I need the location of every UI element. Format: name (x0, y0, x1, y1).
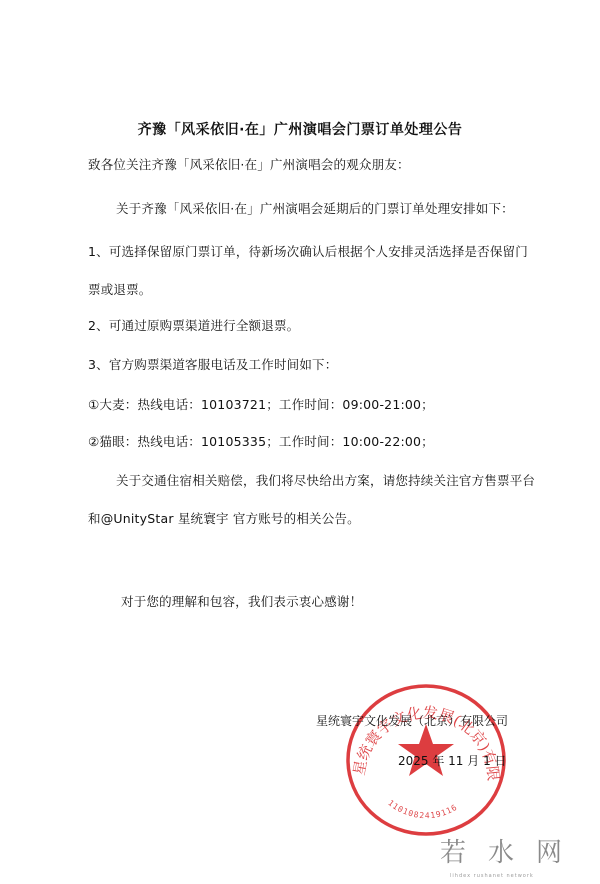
item-1-line-2: 票或退票。 (88, 282, 152, 298)
item-3: 3、官方购票渠道客服电话及工作时间如下： (88, 357, 337, 373)
channel-maoyan: ②猫眼：热线电话：10105335；工作时间：10:00-22:00； (88, 434, 434, 450)
compensation-line-1: 关于交通住宿相关赔偿，我们将尽快给出方案，请您持续关注官方售票平台 (116, 473, 535, 489)
signature-date: 2025 年 11 月 1 日 (398, 752, 507, 769)
notice-title: 齐豫「风采依旧·在」广州演唱会门票订单处理公告 (0, 119, 600, 139)
item-1-line-1: 1、可选择保留原门票订单，待新场次确认后根据个人安排灵活选择是否保留门 (88, 244, 528, 260)
svg-text:1101082419116: 1101082419116 (386, 798, 459, 820)
watermark-logo: 若水网 (440, 832, 584, 869)
intro-paragraph: 关于齐豫「风采依旧·在」广州演唱会延期后的门票订单处理安排如下： (116, 201, 514, 217)
item-2: 2、可通过原购票渠道进行全额退票。 (88, 318, 299, 334)
thanks-line: 对于您的理解和包容，我们表示衷心感谢！ (121, 594, 362, 610)
channel-damai: ①大麦：热线电话：10103721；工作时间：09:00-21:00； (88, 397, 434, 413)
compensation-line-2: 和@UnityStar 星统寰宇 官方账号的相关公告。 (88, 511, 360, 527)
signature-company: 星统寰宇文化发展（北京）有限公司 (316, 712, 508, 729)
watermark-subtext: lihdex rushanet network (450, 873, 534, 879)
greeting: 致各位关注齐豫「风采依旧·在」广州演唱会的观众朋友： (88, 157, 410, 173)
